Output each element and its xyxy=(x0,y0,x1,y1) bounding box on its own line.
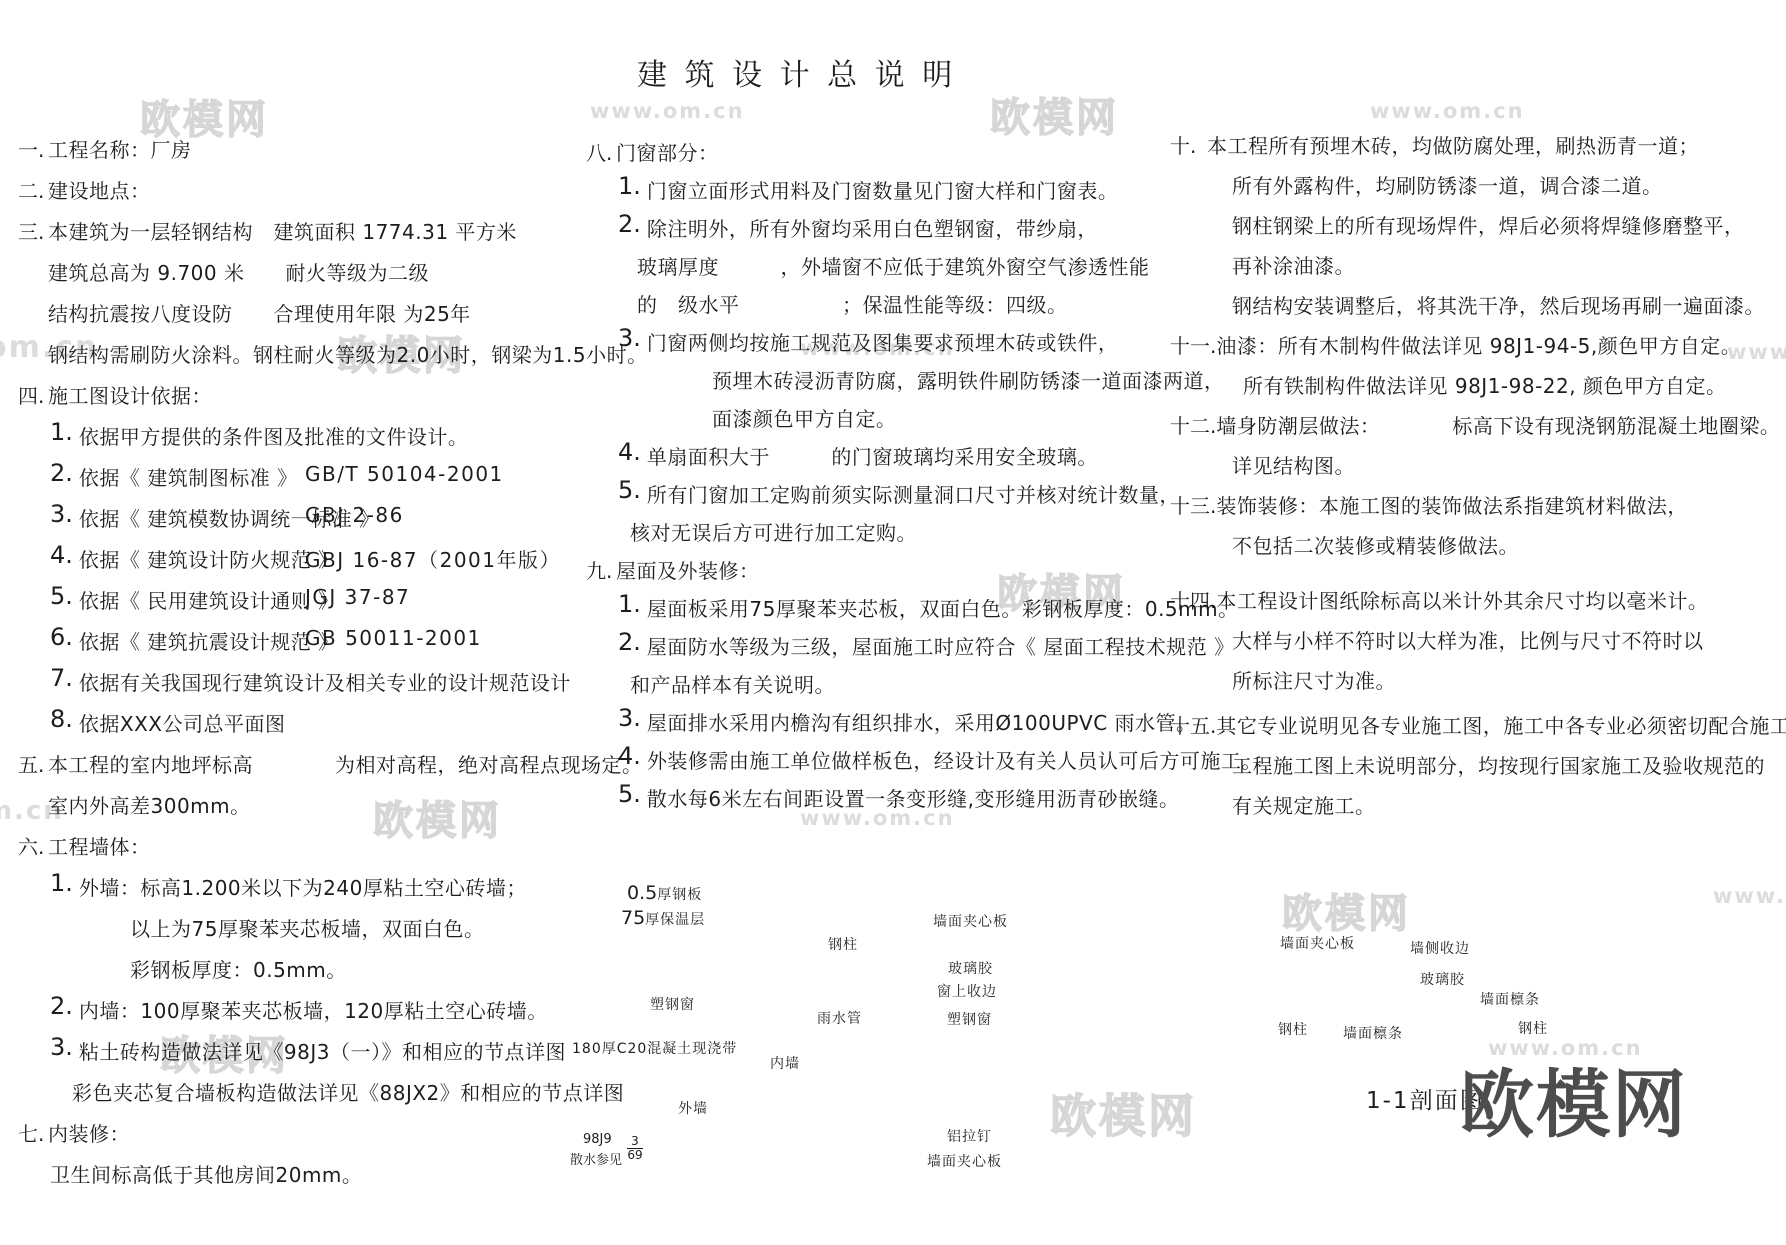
callout-wall-side-trim: 墙侧收边 xyxy=(1410,938,1470,958)
note-text: 依据XXX公司总平面图 xyxy=(79,712,286,736)
section-label: 十二. xyxy=(1170,410,1216,439)
note-text: 装饰装修：本施工图的装饰做法系指建筑材料做法， xyxy=(1216,494,1688,518)
callout-steel-plate: 0.5厚钢板 xyxy=(627,882,702,904)
note-text: 外墙：标高1.200米以下为240厚粘土空心砖墙； xyxy=(79,876,527,900)
note-text: 的 级水平 ；保温性能等级：四级。 xyxy=(637,293,1068,317)
callout-steel-column: 钢柱 xyxy=(1278,1019,1308,1039)
note-line: 工程施工图上未说明部分，均按现行国家施工及验收规范的 xyxy=(1170,750,1786,790)
note-line: 1.门窗立面形式用料及门窗数量见门窗大样和门窗表。 xyxy=(586,175,1226,213)
note-line: 六.工程墙体： xyxy=(18,831,568,872)
note-text: 施工图设计依据： xyxy=(48,384,212,408)
note-line: 核对无误后方可进行加工定购。 xyxy=(586,517,1226,555)
note-line: 的 级水平 ；保温性能等级：四级。 xyxy=(586,289,1226,327)
item-number: 4. xyxy=(50,544,73,566)
note-line: 所有铁制构件做法详见 98J1-98-22, 颜色甲方自定。 xyxy=(1170,370,1786,410)
note-line: 所有外露构件，均刷防锈漆一道，调合漆二道。 xyxy=(1170,170,1786,210)
callout-upvc-window: 塑钢窗 xyxy=(650,994,695,1014)
note-text: 依据有关我国现行建筑设计及相关专业的设计规范设计 xyxy=(79,671,571,695)
note-line: 十一.油漆：所有木制构件做法详见 98J1-94-5,颜色甲方自定。 xyxy=(1170,330,1786,370)
note-line: 结构抗震按八度设防 合理使用年限 为25年 xyxy=(18,298,568,339)
callout-apron-reference: 98J9 散水参见 3 69 xyxy=(570,1132,660,1168)
note-line: 4.依据《 建筑设计防火规范 》GBJ 16-87（2001年版） xyxy=(18,544,568,585)
note-text: 屋面排水采用内檐沟有组织排水，采用Ø100UPVC 雨水管。 xyxy=(647,711,1197,735)
section-label: 十. xyxy=(1170,130,1207,159)
note-text: 和产品样本有关说明。 xyxy=(630,673,835,697)
note-line: 室内外高差300mm。 xyxy=(18,790,568,831)
standard-code: GBJ 2-86 xyxy=(305,503,404,527)
standard-code: JGJ 37-87 xyxy=(305,585,410,609)
note-line: 4.外装修需由施工单位做样板色，经设计及有关人员认可后方可施工。 xyxy=(586,745,1226,783)
note-line: 二.建设地点： xyxy=(18,175,568,216)
note-text: 其它专业说明见各专业施工图，施工中各专业必须密切配合施工， xyxy=(1216,714,1786,738)
callout-concrete-band: 180厚C20混凝土现浇带 xyxy=(572,1038,737,1058)
item-number: 3. xyxy=(618,707,641,729)
callout-value: 75 xyxy=(621,907,645,929)
note-text: 墙身防潮层做法： 标高下设有现浇钢筋混凝土地圈梁。 xyxy=(1216,414,1780,438)
note-line: 3.门窗两侧均按施工规范及图集要求预埋木砖或铁件， xyxy=(586,327,1226,365)
note-line: 一.工程名称：厂房 xyxy=(18,134,568,175)
note-text: 依据《 民用建筑设计通则 》 xyxy=(79,589,339,613)
callout-text: 厚钢板 xyxy=(657,887,702,903)
section-label: 六. xyxy=(18,831,48,860)
note-text: 钢结构需刷防火涂料。钢柱耐火等级为2.0小时，钢梁为1.5小时。 xyxy=(48,343,648,367)
site-logo: 欧模网 xyxy=(1460,1046,1688,1152)
callout-outer-wall: 外墙 xyxy=(678,1098,708,1118)
item-number: 8. xyxy=(50,708,73,730)
note-text: 门窗立面形式用料及门窗数量见门窗大样和门窗表。 xyxy=(647,179,1119,203)
section-label: 八. xyxy=(586,137,616,166)
note-line: 四.施工图设计依据： xyxy=(18,380,568,421)
note-text: 散水每6米左右间距设置一条变形缝,变形缝用沥青砂嵌缝。 xyxy=(647,787,1180,811)
standard-code: GBJ 16-87（2001年版） xyxy=(305,544,561,573)
item-number: 2. xyxy=(50,462,73,484)
note-line: 6.依据《 建筑抗震设计规范 》GB 50011-2001 xyxy=(18,626,568,667)
sheet-title: 建 筑 设 计 总 说 明 xyxy=(637,50,956,94)
note-line: 七.内装修： xyxy=(18,1118,568,1159)
note-text: 粘土砖构造做法详见《98J3（一）》和相应的节点详图 xyxy=(79,1040,566,1064)
watermark-brand: 欧模网 xyxy=(1050,1080,1197,1146)
note-text: 结构抗震按八度设防 合理使用年限 为25年 xyxy=(48,302,471,326)
callout-wall-sandwich-panel: 墙面夹心板 xyxy=(927,1151,1002,1171)
note-line: 面漆颜色甲方自定。 xyxy=(586,403,1226,441)
note-line: 钢结构安装调整后，将其洗干净，然后现场再刷一遍面漆。 xyxy=(1170,290,1786,330)
note-text: 核对无误后方可进行加工定购。 xyxy=(630,521,917,545)
note-text: 钢结构安装调整后，将其洗干净，然后现场再刷一遍面漆。 xyxy=(1232,294,1765,318)
note-line: 十五.其它专业说明见各专业施工图，施工中各专业必须密切配合施工， xyxy=(1170,710,1786,750)
note-text: 本工程设计图纸除标高以米计外其余尺寸均以毫米计。 xyxy=(1216,589,1708,613)
note-line: 以上为75厚聚苯夹芯板墙，双面白色。 xyxy=(18,913,568,954)
note-text: 建设地点： xyxy=(48,179,151,203)
callout-wall-purlin: 墙面檩条 xyxy=(1480,989,1540,1009)
item-number: 4. xyxy=(618,745,641,767)
reference-text: 散水参见 xyxy=(570,1149,622,1168)
note-text: 建筑总高为 9.700 米 耐火等级为二级 xyxy=(48,261,429,285)
note-text: 屋面及外装修： xyxy=(616,559,760,583)
note-line: 钢结构需刷防火涂料。钢柱耐火等级为2.0小时，钢梁为1.5小时。 xyxy=(18,339,568,380)
note-text: 室内外高差300mm。 xyxy=(48,794,251,818)
section-label: 九. xyxy=(586,555,616,584)
item-number: 2. xyxy=(618,631,641,653)
note-line: 4.单扇面积大于 的门窗玻璃均采用安全玻璃。 xyxy=(586,441,1226,479)
callout-glass-glue: 玻璃胶 xyxy=(948,958,993,978)
note-line: 十.本工程所有预埋木砖，均做防腐处理，刷热沥青一道； xyxy=(1170,130,1786,170)
section-label: 四. xyxy=(18,380,48,409)
note-text: 再补涂油漆。 xyxy=(1232,254,1355,278)
note-line: 三.本建筑为一层轻钢结构 建筑面积 1774.31 平方米 xyxy=(18,216,568,257)
note-text: 本工程所有预埋木砖，均做防腐处理，刷热沥青一道； xyxy=(1207,134,1699,158)
note-text: 面漆颜色甲方自定。 xyxy=(712,407,897,431)
drawing-sheet: { "title": "建 筑 设 计 总 说 明", "watermark":… xyxy=(0,0,1786,1245)
note-line: 大样与小样不符时以大样为准，比例与尺寸不符时以 xyxy=(1170,625,1786,665)
standard-code: GB/T 50104-2001 xyxy=(305,462,504,486)
note-text: 所标注尺寸为准。 xyxy=(1232,669,1396,693)
item-number: 3. xyxy=(50,1036,73,1058)
notes-column-left: 一.工程名称：厂房 二.建设地点： 三.本建筑为一层轻钢结构 建筑面积 1774… xyxy=(18,134,568,1200)
note-line: 五.本工程的室内地坪标高 为相对高程，绝对高程点现场定。 xyxy=(18,749,568,790)
note-text: 除注明外，所有外窗均采用白色塑钢窗，带纱扇， xyxy=(647,217,1098,241)
note-line: 1.外墙：标高1.200米以下为240厚粘土空心砖墙； xyxy=(18,872,568,913)
item-number: 5. xyxy=(618,783,641,805)
watermark-url: www.om.cn xyxy=(1370,99,1525,123)
section-label: 二. xyxy=(18,175,48,204)
note-line: 5.所有门窗加工定购前须实际测量洞口尺寸并核对统计数量， xyxy=(586,479,1226,517)
note-line: 详见结构图。 xyxy=(1170,450,1786,490)
detail-page-fraction: 3 69 xyxy=(627,1136,643,1161)
section-label: 三. xyxy=(18,216,48,245)
atlas-code: 98J9 xyxy=(583,1132,612,1147)
note-line: 和产品样本有关说明。 xyxy=(586,669,1226,707)
note-text: 彩色夹芯复合墙板构造做法详见《88JX2》和相应的节点详图 xyxy=(72,1081,624,1105)
item-number: 3. xyxy=(50,503,73,525)
watermark-brand: 欧模网 xyxy=(1282,882,1411,939)
watermark-url: www.om.cn xyxy=(590,99,745,123)
note-text: 屋面板采用75厚聚苯夹芯板，双面白色。彩钢板厚度：0.5mm。 xyxy=(647,597,1239,621)
note-line: 3.屋面排水采用内檐沟有组织排水，采用Ø100UPVC 雨水管。 xyxy=(586,707,1226,745)
item-number: 1. xyxy=(618,175,641,197)
note-text: 玻璃厚度 ，外墙窗不应低于建筑外窗空气渗透性能 xyxy=(637,255,1150,279)
note-line: 7.依据有关我国现行建筑设计及相关专业的设计规范设计 xyxy=(18,667,568,708)
callout-glass-glue: 玻璃胶 xyxy=(1420,969,1465,989)
callout-wall-purlin: 墙面檩条 xyxy=(1343,1023,1403,1043)
callout-rain-pipe: 雨水管 xyxy=(817,1008,862,1028)
watermark-url: www.om.cn xyxy=(1713,884,1786,908)
note-line: 建筑总高为 9.700 米 耐火等级为二级 xyxy=(18,257,568,298)
note-line: 不包括二次装修或精装修做法。 xyxy=(1170,530,1786,570)
callout-text: 厚保温层 xyxy=(645,912,705,928)
item-number: 5. xyxy=(50,585,73,607)
note-text: 钢柱钢梁上的所有现场焊件，焊后必须将焊缝修磨整平， xyxy=(1232,214,1745,238)
note-line: 3.依据《 建筑模数协调统一标准 》GBJ 2-86 xyxy=(18,503,568,544)
item-number: 5. xyxy=(618,479,641,501)
note-text: 有关规定施工。 xyxy=(1232,794,1376,818)
note-text: 卫生间标高低于其他房间20mm。 xyxy=(50,1163,362,1187)
note-line: 2.除注明外，所有外窗均采用白色塑钢窗，带纱扇， xyxy=(586,213,1226,251)
callout-value: 0.5 xyxy=(627,882,657,904)
callout-aluminum-rivet: 铝拉钉 xyxy=(947,1126,992,1146)
note-text: 详见结构图。 xyxy=(1232,454,1355,478)
note-text: 工程施工图上未说明部分，均按现行国家施工及验收规范的 xyxy=(1232,754,1765,778)
note-line: 钢柱钢梁上的所有现场焊件，焊后必须将焊缝修磨整平， xyxy=(1170,210,1786,250)
item-number: 2. xyxy=(50,995,73,1017)
note-line: 彩钢板厚度：0.5mm。 xyxy=(18,954,568,995)
note-line: 玻璃厚度 ，外墙窗不应低于建筑外窗空气渗透性能 xyxy=(586,251,1226,289)
note-line: 1.依据甲方提供的条件图及批准的文件设计。 xyxy=(18,421,568,462)
note-text: 内装修： xyxy=(48,1122,130,1146)
note-line: 十三.装饰装修：本施工图的装饰做法系指建筑材料做法， xyxy=(1170,490,1786,530)
note-line: 十二.墙身防潮层做法： 标高下设有现浇钢筋混凝土地圈梁。 xyxy=(1170,410,1786,450)
section-label: 十一. xyxy=(1170,330,1216,359)
section-label: 十五. xyxy=(1170,710,1216,739)
callout-upvc-window: 塑钢窗 xyxy=(947,1009,992,1029)
note-line: 彩色夹芯复合墙板构造做法详见《88JX2》和相应的节点详图 xyxy=(18,1077,568,1118)
item-number: 7. xyxy=(50,667,73,689)
note-line: 1.屋面板采用75厚聚苯夹芯板，双面白色。彩钢板厚度：0.5mm。 xyxy=(586,593,1226,631)
note-text: 门窗两侧均按施工规范及图集要求预埋木砖或铁件， xyxy=(647,331,1119,355)
note-line: 5.依据《 民用建筑设计通则 》JGJ 37-87 xyxy=(18,585,568,626)
page-number: 69 xyxy=(627,1150,642,1161)
note-text: 本工程的室内地坪标高 为相对高程，绝对高程点现场定。 xyxy=(48,753,643,777)
callout-wall-sandwich-panel: 墙面夹心板 xyxy=(1280,933,1355,953)
callout-steel-column: 钢柱 xyxy=(828,934,858,954)
section-label: 十三. xyxy=(1170,490,1216,519)
watermark-brand: 欧模网 xyxy=(990,86,1119,143)
section-label: 一. xyxy=(18,134,48,163)
note-line: 十四.本工程设计图纸除标高以米计外其余尺寸均以毫米计。 xyxy=(1170,585,1786,625)
note-line: 有关规定施工。 xyxy=(1170,790,1786,830)
note-line: 5.散水每6米左右间距设置一条变形缝,变形缝用沥青砂嵌缝。 xyxy=(586,783,1226,821)
note-text: 依据《 建筑设计防火规范 》 xyxy=(79,548,339,572)
note-text: 油漆：所有木制构件做法详见 98J1-94-5,颜色甲方自定。 xyxy=(1216,334,1741,358)
note-text: 大样与小样不符时以大样为准，比例与尺寸不符时以 xyxy=(1232,629,1704,653)
callout-inner-wall: 内墙 xyxy=(770,1053,800,1073)
note-text: 依据甲方提供的条件图及批准的文件设计。 xyxy=(79,425,469,449)
note-line: 2.内墙：100厚聚苯夹芯板墙，120厚粘土空心砖墙。 xyxy=(18,995,568,1036)
notes-column-right: 十.本工程所有预埋木砖，均做防腐处理，刷热沥青一道； 所有外露构件，均刷防锈漆一… xyxy=(1170,130,1786,830)
item-number: 3. xyxy=(618,327,641,349)
note-text: 本建筑为一层轻钢结构 建筑面积 1774.31 平方米 xyxy=(48,220,517,244)
item-number: 1. xyxy=(50,872,73,894)
note-line: 2.依据《 建筑制图标准 》GB/T 50104-2001 xyxy=(18,462,568,503)
note-text: 所有外露构件，均刷防锈漆一道，调合漆二道。 xyxy=(1232,174,1663,198)
note-text: 不包括二次装修或精装修做法。 xyxy=(1232,534,1519,558)
note-text: 屋面防水等级为三级，屋面施工时应符合《 屋面工程技术规范 》 xyxy=(647,635,1235,659)
item-number: 1. xyxy=(50,421,73,443)
note-line: 卫生间标高低于其他房间20mm。 xyxy=(18,1159,568,1200)
note-text: 内墙：100厚聚苯夹芯板墙，120厚粘土空心砖墙。 xyxy=(79,999,548,1023)
item-number: 6. xyxy=(50,626,73,648)
note-line: 再补涂油漆。 xyxy=(1170,250,1786,290)
section-label: 十四. xyxy=(1170,585,1216,614)
note-line: 预埋木砖浸沥青防腐，露明铁件刷防锈漆一道面漆两道， xyxy=(586,365,1226,403)
note-line: 2.屋面防水等级为三级，屋面施工时应符合《 屋面工程技术规范 》 xyxy=(586,631,1226,669)
note-text: 所有门窗加工定购前须实际测量洞口尺寸并核对统计数量， xyxy=(647,483,1180,507)
note-text: 工程墙体： xyxy=(48,835,151,859)
note-text: 依据《 建筑抗震设计规范 》 xyxy=(79,630,339,654)
callout-insulation: 75厚保温层 xyxy=(621,907,705,929)
standard-code: GB 50011-2001 xyxy=(305,626,482,650)
note-text: 以上为75厚聚苯夹芯板墙，双面白色。 xyxy=(130,917,484,941)
note-text: 工程名称：厂房 xyxy=(48,138,192,162)
note-line: 8.依据XXX公司总平面图 xyxy=(18,708,568,749)
note-line: 九.屋面及外装修： xyxy=(586,555,1226,593)
note-line: 所标注尺寸为准。 xyxy=(1170,665,1786,705)
callout-wall-sandwich-panel: 墙面夹心板 xyxy=(933,911,1008,931)
section-label: 五. xyxy=(18,749,48,778)
note-text: 预埋木砖浸沥青防腐，露明铁件刷防锈漆一道面漆两道， xyxy=(712,369,1225,393)
note-text: 所有铁制构件做法详见 98J1-98-22, 颜色甲方自定。 xyxy=(1243,374,1726,398)
callout-steel-column: 钢柱 xyxy=(1518,1018,1548,1038)
note-text: 门窗部分： xyxy=(616,141,719,165)
note-text: 彩钢板厚度：0.5mm。 xyxy=(130,958,347,982)
note-line: 八.门窗部分： xyxy=(586,137,1226,175)
item-number: 2. xyxy=(618,213,641,235)
item-number: 1. xyxy=(618,593,641,615)
note-text: 依据《 建筑制图标准 》 xyxy=(79,466,298,490)
notes-column-middle: 八.门窗部分： 1.门窗立面形式用料及门窗数量见门窗大样和门窗表。 2.除注明外… xyxy=(586,137,1226,821)
section-label: 七. xyxy=(18,1118,48,1147)
callout-window-top-trim: 窗上收边 xyxy=(937,981,997,1001)
item-number: 4. xyxy=(618,441,641,463)
note-text: 单扇面积大于 的门窗玻璃均采用安全玻璃。 xyxy=(647,445,1098,469)
note-line: 3.粘土砖构造做法详见《98J3（一）》和相应的节点详图 xyxy=(18,1036,568,1077)
detail-number: 3 xyxy=(631,1136,639,1147)
